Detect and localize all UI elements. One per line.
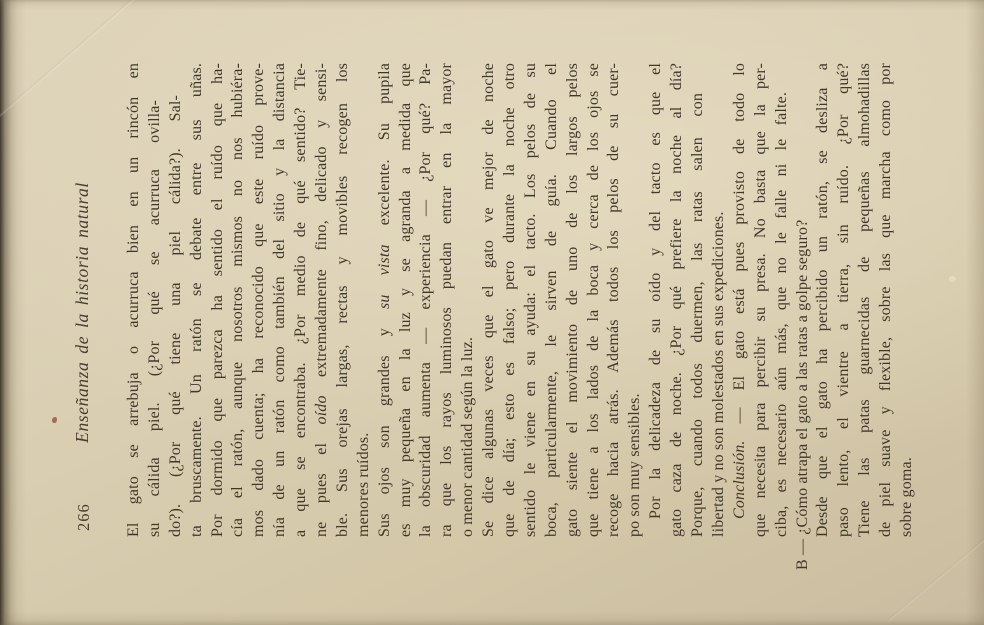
text-segment: Porque, cuando todos duermen, las ratas …	[689, 93, 706, 537]
text-line: Por la delicadeza de su oído y del tacto…	[646, 63, 667, 519]
paper-speck	[949, 276, 956, 282]
text-line: menores ruídos.	[354, 63, 375, 537]
text-segment: o menor cantidad según la luz.	[459, 337, 476, 537]
text-segment: cía el ratón, aunque nosotros mismos no …	[229, 63, 246, 537]
italic-text-segment: Conclusión.	[731, 440, 748, 519]
text-line: do?). (¿Por qué tiene una piel cálida?).…	[166, 95, 187, 537]
text-segment: sentido le viene en su ayuda: el tacto. …	[522, 63, 539, 537]
text-line: sentido le viene en su ayuda: el tacto. …	[521, 63, 542, 537]
text-segment: ne pues el	[313, 424, 330, 537]
running-header-title: Enseñanza de la historia natural	[72, 0, 93, 625]
rotated-book-page: 266 Enseñanza de la historia natural a)E…	[0, 0, 984, 625]
text-segment: paso lento, el vientre a tierra, sin ruí…	[835, 63, 852, 537]
text-line: ra que los rayos luminosos puedan entrar…	[437, 63, 458, 537]
text-segment: Sus ojos son grandes y	[376, 309, 393, 537]
text-line: boca, particularmente, le sirven de guía…	[542, 63, 563, 537]
text-segment: extremadamente fino, delicado y sensi-	[313, 63, 330, 395]
text-line: cía el ratón, aunque nosotros mismos no …	[228, 63, 249, 537]
text-segment: que de día; esto es falso; pero durante …	[501, 63, 518, 537]
text-line: recoge hacia atrás. Además todos los pel…	[604, 63, 625, 537]
text-segment: excelente. Su pupila	[376, 63, 393, 244]
text-line: paso lento, el vientre a tierra, sin ruí…	[834, 63, 855, 537]
text-line: ne pues el oído extremadamente fino, del…	[312, 63, 333, 537]
text-line: nía de un ratón como también del sitio y…	[270, 63, 291, 537]
text-line: ciba, es necesario aún más, que no le fa…	[772, 92, 793, 537]
text-line: que tiene a los lados de la boca y cerca…	[584, 63, 605, 537]
text-segment: a que se encontraba. ¿Por medio de qué s…	[292, 63, 309, 537]
text-line: o menor cantidad según la luz.	[458, 63, 479, 537]
text-line: de piel suave y flexible, sobre las que …	[876, 63, 897, 537]
text-segment: — El gato está pues provisto de todo lo	[731, 63, 748, 440]
text-segment: su cálida piel. (¿Por qué se acurruca ov…	[146, 100, 163, 537]
text-segment: mos dado cuenta; ha reconocido que este …	[250, 63, 267, 537]
text-line: a que se encontraba. ¿Por medio de qué s…	[291, 63, 312, 537]
text-segment: gato caza de noche. ¿Por qué prefiere la…	[668, 63, 685, 537]
text-line: gato caza de noche. ¿Por qué prefiere la…	[667, 63, 688, 537]
text-line: mos dado cuenta; ha reconocido que este …	[249, 63, 270, 537]
text-segment: El gato se arrebuja o acurruca bien en u…	[125, 63, 142, 537]
text-segment: ble. Sus orejas largas, rectas y movible…	[334, 63, 351, 537]
text-line: libertad y no son molestados en sus expe…	[709, 63, 730, 537]
text-segment: Desde que el gato ha percibido un ratón,…	[814, 63, 831, 537]
text-segment: B — ¿Cómo atrapa el gato a las ratas a g…	[794, 220, 811, 570]
text-line: su cálida piel. (¿Por qué se acurruca ov…	[145, 100, 166, 537]
page-header: 266 Enseñanza de la historia natural	[72, 0, 98, 625]
text-segment: Se dice algunas veces que el gato ve mej…	[480, 63, 497, 537]
text-line: es muy pequeña en la luz y se agranda a …	[396, 63, 417, 537]
text-segment: Por la delicadeza de su oído y del tacto…	[647, 63, 664, 519]
text-line: c)Se dice algunas veces que el gato ve m…	[479, 63, 500, 537]
text-line: a)El gato se arrebuja o acurruca bien en…	[124, 63, 145, 537]
text-line: a)Desde que el gato ha percibido un rató…	[813, 63, 834, 537]
text-line: Porque, cuando todos duermen, las ratas …	[688, 93, 709, 537]
text-line: B — ¿Cómo atrapa el gato a las ratas a g…	[793, 63, 814, 570]
text-segment: libertad y no son molestados en sus expe…	[710, 211, 727, 537]
text-line: que necesita para percibir su presa. No …	[751, 63, 772, 537]
text-segment: es muy pequeña en la luz y se agranda a …	[397, 63, 414, 537]
text-line: Por dormido que parezca ha sentido el ru…	[208, 63, 229, 537]
text-line: po son muy sensibles.	[625, 63, 646, 537]
text-segment: ciba, es necesario aún más, que no le fa…	[773, 92, 790, 537]
text-segment: la obscuridad aumenta — experiencia — ¿P…	[417, 63, 434, 537]
text-line: ta bruscamente. Un ratón se debate entre…	[187, 63, 208, 537]
text-segment: Por dormido que parezca ha sentido el ru…	[209, 63, 226, 537]
text-segment: po son muy sensibles.	[626, 393, 643, 537]
text-line: que de día; esto es falso; pero durante …	[500, 63, 521, 537]
text-segment: menores ruídos.	[355, 433, 372, 537]
text-segment: ta bruscamente. Un ratón se debate entre…	[188, 63, 205, 537]
text-segment: nía de un ratón como también del sitio y…	[271, 63, 288, 537]
text-segment: ra que los rayos luminosos puedan entrar…	[438, 63, 455, 537]
text-line: gato siente el movimiento de uno de los …	[563, 63, 584, 537]
text-line: sobre goma.	[897, 63, 918, 537]
text-segment: de piel suave y flexible, sobre las que …	[877, 63, 894, 537]
text-segment: Tiene las patas guarnecidas de pequeñas …	[856, 63, 873, 537]
body-text-block: a)El gato se arrebuja o acurruca bien en…	[124, 63, 918, 537]
scanned-page: 266 Enseñanza de la historia natural a)E…	[0, 0, 984, 625]
text-segment: recoge hacia atrás. Además todos los pel…	[605, 63, 622, 537]
text-segment: boca, particularmente, le sirven de guía…	[543, 63, 560, 537]
text-segment: sobre goma.	[898, 457, 915, 537]
text-line: Tiene las patas guarnecidas de pequeñas …	[855, 63, 876, 537]
text-line: Conclusión. — El gato está pues provisto…	[730, 63, 751, 519]
text-line: b)Sus ojos son grandes y su vista excele…	[375, 63, 396, 537]
text-segment: do?). (¿Por qué tiene una piel cálida?).…	[167, 95, 184, 537]
italic-text-segment: su vista	[376, 244, 393, 309]
text-segment: gato siente el movimiento de uno de los …	[564, 63, 581, 537]
text-line: ble. Sus orejas largas, rectas y movible…	[333, 63, 354, 537]
text-line: la obscuridad aumenta — experiencia — ¿P…	[416, 63, 437, 537]
text-segment: que tiene a los lados de la boca y cerca…	[585, 63, 602, 537]
italic-text-segment: oído	[313, 395, 330, 424]
text-segment: que necesita para percibir su presa. No …	[752, 63, 769, 537]
